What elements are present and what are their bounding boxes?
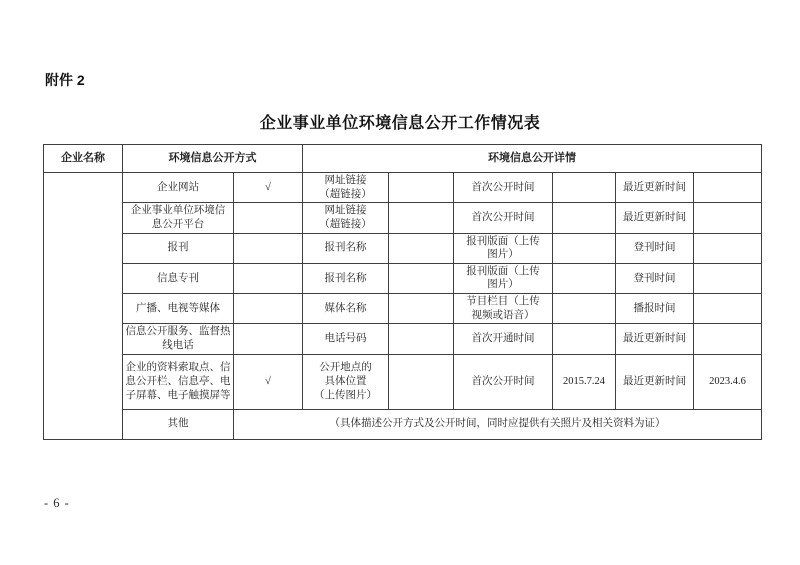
- time-label-cell: 首次公开时间: [454, 173, 553, 203]
- update-value-cell: 2023.4.6: [694, 354, 762, 409]
- table-row-other: 其他 （具体描述公开方式及公开时间，同时应提供有关照片及相关资料为证）: [44, 409, 762, 439]
- table-row: 报刊 报刊名称 报刊版面（上传 图片） 登刊时间: [44, 233, 762, 263]
- time-value-cell: [553, 263, 616, 293]
- info-value-cell: [389, 354, 454, 409]
- col-header-method: 环境信息公开方式: [123, 145, 303, 173]
- time-label-cell: 报刊版面（上传 图片）: [454, 233, 553, 263]
- info-label-cell: 网址链接 （超链接）: [303, 203, 389, 233]
- disclosure-table: 企业名称 环境信息公开方式 环境信息公开详情 企业网站 √ 网址链接 （超链接）…: [43, 144, 762, 440]
- method-cell: 企业事业单位环境信 息公开平台: [123, 203, 234, 233]
- table-row: 信息专刊 报刊名称 报刊版面（上传 图片） 登刊时间: [44, 263, 762, 293]
- table-row: 企业网站 √ 网址链接 （超链接） 首次公开时间 最近更新时间: [44, 173, 762, 203]
- col-header-company: 企业名称: [44, 145, 123, 173]
- info-value-cell: [389, 173, 454, 203]
- col-header-details: 环境信息公开详情: [303, 145, 762, 173]
- method-cell: 其他: [123, 409, 234, 439]
- update-value-cell: [694, 233, 762, 263]
- time-value-cell: 2015.7.24: [553, 354, 616, 409]
- method-cell: 信息公开服务、监督热 线电话: [123, 324, 234, 354]
- check-cell: [234, 233, 303, 263]
- check-cell: √: [234, 354, 303, 409]
- time-value-cell: [553, 203, 616, 233]
- info-value-cell: [389, 324, 454, 354]
- info-label-cell: 公开地点的 具体位置 （上传图片）: [303, 354, 389, 409]
- page-title: 企业事业单位环境信息公开工作情况表: [0, 110, 800, 133]
- update-label-cell: 最近更新时间: [616, 354, 694, 409]
- update-value-cell: [694, 294, 762, 324]
- update-value-cell: [694, 203, 762, 233]
- method-cell: 报刊: [123, 233, 234, 263]
- time-value-cell: [553, 173, 616, 203]
- check-cell: [234, 203, 303, 233]
- info-value-cell: [389, 294, 454, 324]
- update-label-cell: 登刊时间: [616, 233, 694, 263]
- page-number: - 6 -: [44, 496, 70, 511]
- method-cell: 信息专刊: [123, 263, 234, 293]
- info-label-cell: 电话号码: [303, 324, 389, 354]
- update-label-cell: 最近更新时间: [616, 324, 694, 354]
- check-cell: √: [234, 173, 303, 203]
- update-label-cell: 最近更新时间: [616, 203, 694, 233]
- table-row: 企业事业单位环境信 息公开平台 网址链接 （超链接） 首次公开时间 最近更新时间: [44, 203, 762, 233]
- info-label-cell: 媒体名称: [303, 294, 389, 324]
- check-cell: [234, 324, 303, 354]
- update-label-cell: 播报时间: [616, 294, 694, 324]
- update-label-cell: 最近更新时间: [616, 173, 694, 203]
- attachment-label: 附件 2: [45, 70, 85, 90]
- time-value-cell: [553, 294, 616, 324]
- document-page: 附件 2 企业事业单位环境信息公开工作情况表 企业名称 环境信息公开方式 环境信…: [0, 0, 800, 565]
- time-label-cell: 节目栏目（上传 视频或语音）: [454, 294, 553, 324]
- check-cell: [234, 294, 303, 324]
- info-value-cell: [389, 203, 454, 233]
- info-label-cell: 报刊名称: [303, 233, 389, 263]
- other-note-cell: （具体描述公开方式及公开时间，同时应提供有关照片及相关资料为证）: [234, 409, 762, 439]
- time-label-cell: 首次公开时间: [454, 203, 553, 233]
- method-cell: 企业网站: [123, 173, 234, 203]
- table-row: 信息公开服务、监督热 线电话 电话号码 首次开通时间 最近更新时间: [44, 324, 762, 354]
- time-value-cell: [553, 324, 616, 354]
- update-value-cell: [694, 263, 762, 293]
- info-label-cell: 网址链接 （超链接）: [303, 173, 389, 203]
- update-value-cell: [694, 173, 762, 203]
- info-label-cell: 报刊名称: [303, 263, 389, 293]
- time-label-cell: 首次公开时间: [454, 354, 553, 409]
- company-name-cell: [44, 173, 123, 440]
- time-value-cell: [553, 233, 616, 263]
- time-label-cell: 首次开通时间: [454, 324, 553, 354]
- table-header-row: 企业名称 环境信息公开方式 环境信息公开详情: [44, 145, 762, 173]
- info-value-cell: [389, 233, 454, 263]
- check-cell: [234, 263, 303, 293]
- table-row: 广播、电视等媒体 媒体名称 节目栏目（上传 视频或语音） 播报时间: [44, 294, 762, 324]
- update-label-cell: 登刊时间: [616, 263, 694, 293]
- method-cell: 企业的资料索取点、信 息公开栏、信息亭、电 子屏幕、电子触摸屏等: [123, 354, 234, 409]
- time-label-cell: 报刊版面（上传 图片）: [454, 263, 553, 293]
- info-value-cell: [389, 263, 454, 293]
- table-row: 企业的资料索取点、信 息公开栏、信息亭、电 子屏幕、电子触摸屏等 √ 公开地点的…: [44, 354, 762, 409]
- method-cell: 广播、电视等媒体: [123, 294, 234, 324]
- update-value-cell: [694, 324, 762, 354]
